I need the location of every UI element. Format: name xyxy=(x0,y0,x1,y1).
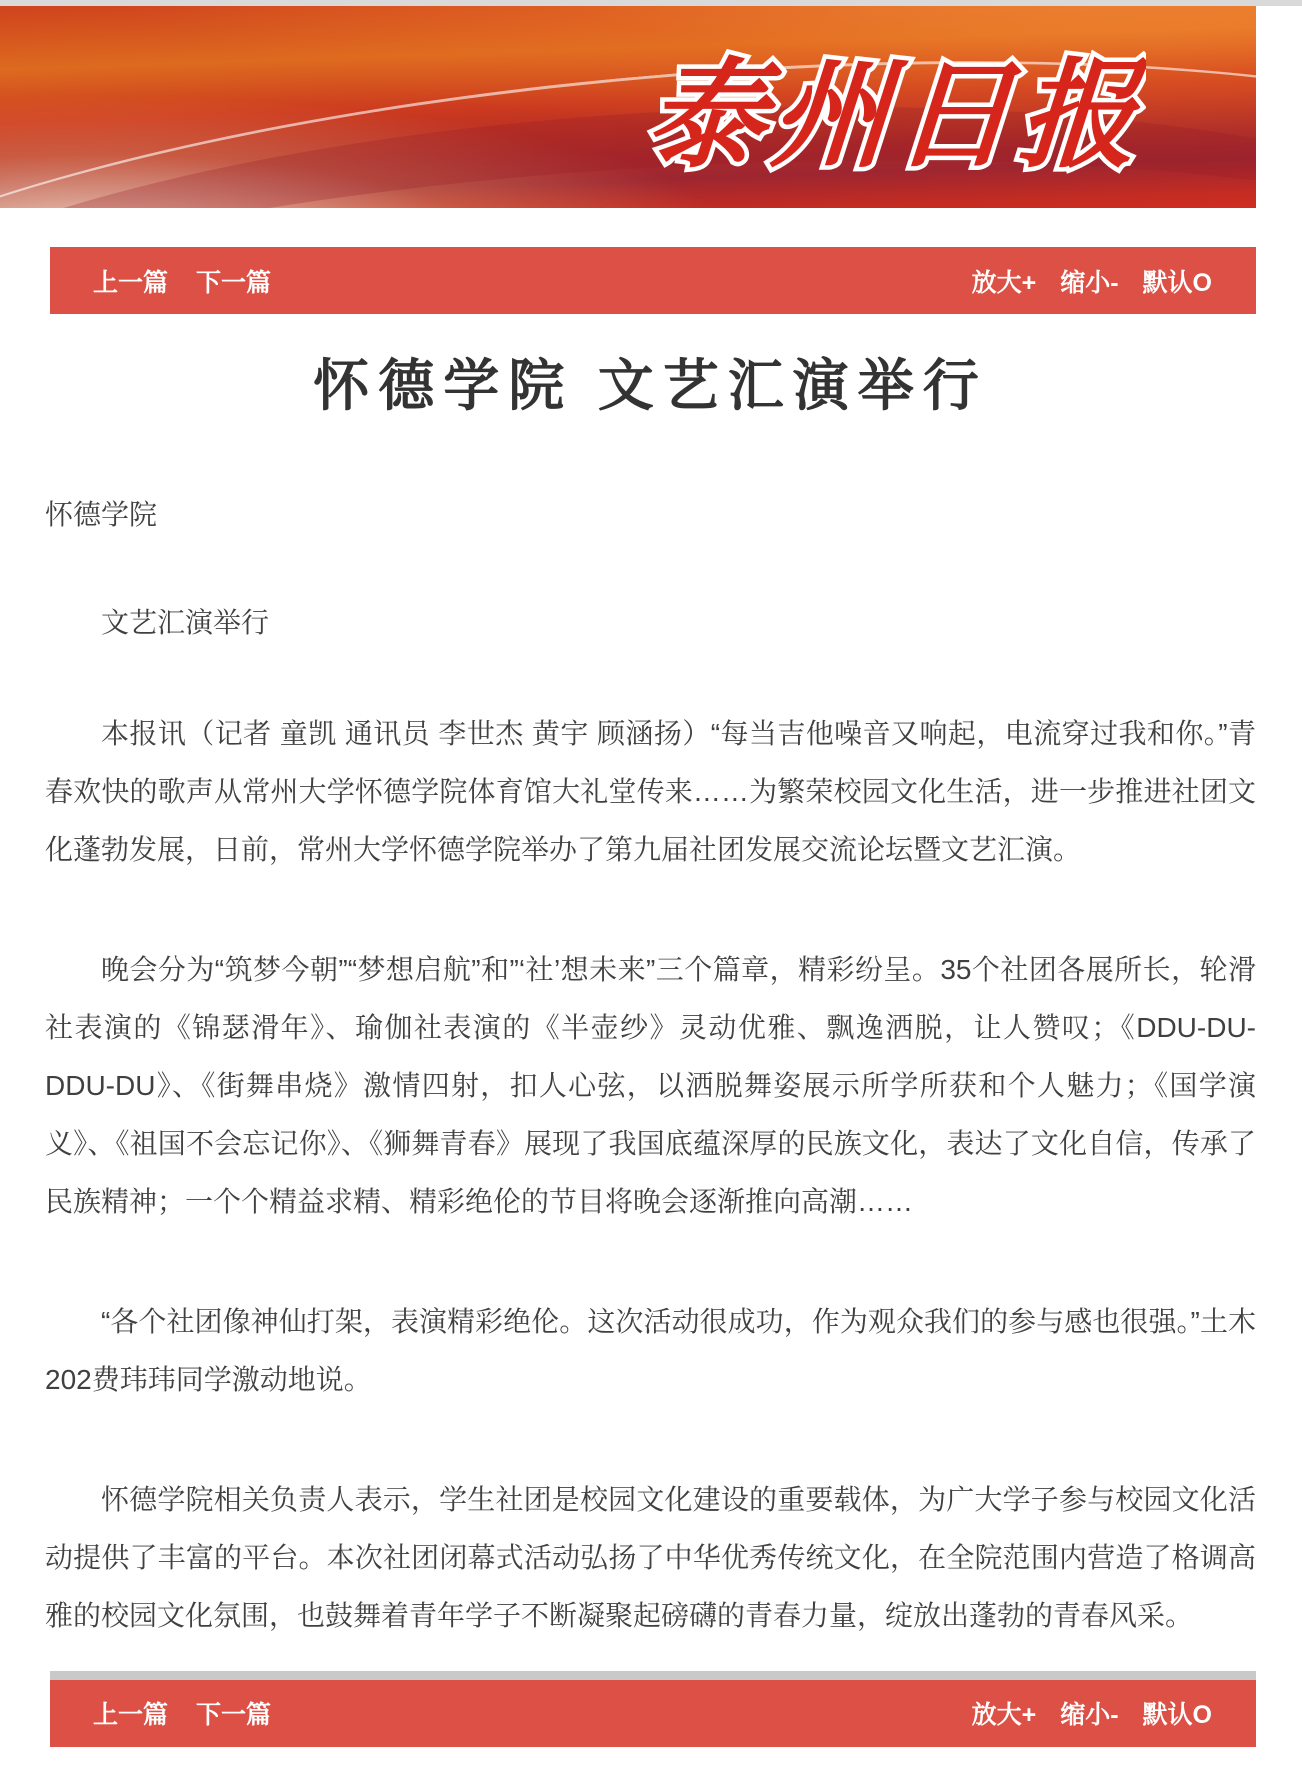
next-article-link[interactable]: 下一篇 xyxy=(196,263,271,299)
toolbar-bottom: 上一篇 下一篇 放大+ 缩小- 默认O xyxy=(50,1680,1256,1747)
prev-article-link[interactable]: 上一篇 xyxy=(93,263,168,299)
article-paragraph: 怀德学院相关负责人表示，学生社团是校园文化建设的重要载体，为广大学子参与校园文化… xyxy=(45,1471,1256,1645)
next-article-link[interactable]: 下一篇 xyxy=(196,1695,271,1731)
masthead-banner: 泰州日报 xyxy=(0,6,1256,208)
zoom-out-link[interactable]: 缩小- xyxy=(1060,263,1118,299)
zoom-reset-link[interactable]: 默认O xyxy=(1143,263,1212,299)
toolbar-top-zoom-group: 放大+ 缩小- 默认O xyxy=(972,263,1212,299)
article-body: 怀德学院 文艺汇演举行 怀德学院 文艺汇演举行 本报讯（记者 童凯 通讯员 李世… xyxy=(45,350,1256,1645)
prev-article-link[interactable]: 上一篇 xyxy=(93,1695,168,1731)
zoom-in-link[interactable]: 放大+ xyxy=(972,263,1037,299)
newspaper-logo-text: 泰州日报 xyxy=(646,51,1146,182)
zoom-in-link[interactable]: 放大+ xyxy=(972,1695,1037,1731)
toolbar-bottom-zoom-group: 放大+ 缩小- 默认O xyxy=(972,1695,1212,1731)
newspaper-logo: 泰州日报 xyxy=(646,18,1146,203)
article-paragraph: 本报讯（记者 童凯 通讯员 李世杰 黄宇 顾涵扬）“每当吉他噪音又响起，电流穿过… xyxy=(45,705,1256,879)
toolbar-top-nav-group: 上一篇 下一篇 xyxy=(93,263,271,299)
toolbar-top: 上一篇 下一篇 放大+ 缩小- 默认O xyxy=(50,247,1256,314)
article-paragraph: “各个社团像神仙打架，表演精彩绝伦。这次活动很成功，作为观众我们的参与感也很强。… xyxy=(45,1293,1256,1409)
article-title: 怀德学院 文艺汇演举行 xyxy=(45,350,1256,423)
newspaper-logo-svg: 泰州日报 xyxy=(646,18,1146,198)
bottom-whitespace xyxy=(0,1747,1302,1768)
zoom-out-link[interactable]: 缩小- xyxy=(1060,1695,1118,1731)
article-subtitle: 文艺汇演举行 xyxy=(45,603,1256,643)
article-paragraph: 晚会分为“筑梦今朝”“梦想启航”和”‘社’想未来”三个篇章，精彩纷呈。35个社团… xyxy=(45,941,1256,1231)
article-source: 怀德学院 xyxy=(45,495,1256,535)
zoom-reset-link[interactable]: 默认O xyxy=(1143,1695,1212,1731)
footer-divider xyxy=(50,1671,1256,1680)
toolbar-bottom-nav-group: 上一篇 下一篇 xyxy=(93,1695,271,1731)
